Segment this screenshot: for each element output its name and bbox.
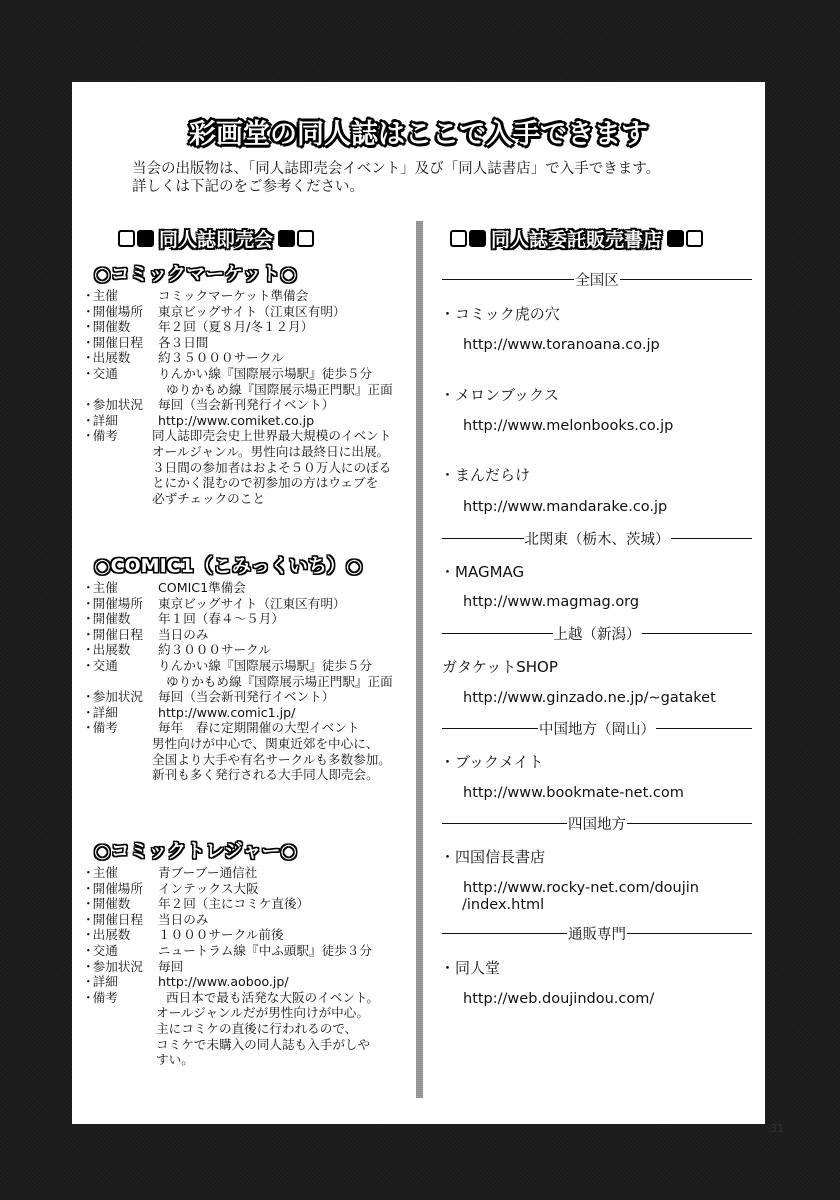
- event-row: 主催COMIC1準備会: [86, 580, 416, 596]
- event-value: 年１回（春４～５月）: [158, 611, 416, 627]
- event-label: 交通: [86, 943, 158, 959]
- event-label: 詳細: [86, 705, 158, 721]
- event-value: 当日のみ: [158, 627, 416, 643]
- rule-line: [442, 728, 538, 729]
- event-title: ○COMIC1（こみっくいち）○: [94, 552, 416, 580]
- store-url[interactable]: http://www.melonbooks.co.jp: [442, 418, 752, 435]
- box-filled-icon: [278, 230, 295, 247]
- region-header: 四国地方: [442, 812, 752, 834]
- event-value: りんかい線『国際展示場駅』徒歩５分: [158, 658, 416, 674]
- event-value: 毎年 春に定期開催の大型イベント: [158, 720, 416, 736]
- event-row: 備考同人誌即売会史上世界最大規模のイベント: [86, 428, 416, 444]
- rule-line: [627, 823, 752, 824]
- event-value: 同人誌即売会史上世界最大規模のイベント: [152, 428, 416, 444]
- store-name: 四国信長書店: [442, 847, 752, 867]
- event-comic-treasure: ○コミックトレジャー○ 主催青ブーブー通信社 開催場所インテックス大阪 開催数年…: [86, 837, 416, 1068]
- event-label: 開催日程: [86, 912, 158, 928]
- store-url[interactable]: http://web.doujindou.com/: [442, 991, 752, 1008]
- region-name: 上越（新潟）: [553, 623, 642, 644]
- event-value: 年２回（主にコミケ直後）: [158, 896, 416, 912]
- intro-line: 当会の出版物は、「同人誌即売会イベント」及び「同人誌書店」で入手できます。: [132, 160, 660, 178]
- event-label: 開催数: [86, 611, 158, 627]
- event-row: 開催日程各３日間: [86, 335, 416, 351]
- event-value: 約３０００サークル: [158, 642, 416, 658]
- store-url[interactable]: http://www.ginzado.ne.jp/~gataket: [442, 690, 752, 707]
- event-row: 詳細http://www.aoboo.jp/: [86, 974, 416, 990]
- event-note: コミケで未購入の同人誌も入手がしや: [86, 1037, 416, 1053]
- event-value: １０００サークル前後: [158, 927, 416, 943]
- event-row: 参加状況毎回: [86, 959, 416, 975]
- event-value: 東京ビッグサイト（江東区有明）: [158, 596, 416, 612]
- region-header: 上越（新潟）: [442, 622, 752, 644]
- stores-heading-text: 同人誌委託販売書店: [491, 225, 662, 252]
- event-label: 出展数: [86, 927, 158, 943]
- store-url[interactable]: http://www.magmag.org: [442, 594, 752, 611]
- store-name: ガタケットSHOP: [442, 657, 752, 677]
- event-row: 交通ニュートラム線『中ふ頭駅』徒歩３分: [86, 943, 416, 959]
- box-filled-icon: [137, 230, 154, 247]
- rule-line: [442, 633, 553, 634]
- box-filled-icon: [667, 230, 684, 247]
- event-label: 詳細: [86, 413, 158, 429]
- event-row: ゆりかもめ線『国際展示場正門駅』正面: [86, 382, 416, 398]
- event-label: 参加状況: [86, 689, 158, 705]
- store-name: 同人堂: [442, 958, 752, 978]
- region-header: 全国区: [442, 268, 752, 290]
- event-note: とにかく混むので初参加の方はウェブを: [86, 475, 416, 491]
- event-url: http://www.comic1.jp/: [158, 705, 416, 721]
- region-header: 通販専門: [442, 922, 752, 944]
- event-row: 出展数約３０００サークル: [86, 642, 416, 658]
- event-value: ゆりかもめ線『国際展示場正門駅』正面: [158, 674, 416, 690]
- rule-line: [442, 823, 567, 824]
- region-name: 全国区: [574, 269, 620, 290]
- store-name: ブックメイト: [442, 752, 752, 772]
- store-name: コミック虎の穴: [442, 304, 752, 324]
- rule-line: [656, 728, 752, 729]
- event-value: 当日のみ: [158, 912, 416, 928]
- event-label: 出展数: [86, 350, 158, 366]
- event-row: 開催場所インテックス大阪: [86, 881, 416, 897]
- rule-line: [642, 633, 753, 634]
- event-row: 開催場所東京ビッグサイト（江東区有明）: [86, 304, 416, 320]
- event-value: 毎回（当会新刊発行イベント）: [158, 397, 416, 413]
- event-label: 主催: [86, 865, 158, 881]
- event-row: 主催コミックマーケット準備会: [86, 288, 416, 304]
- event-title: ○コミックトレジャー○: [94, 837, 416, 865]
- event-row: 出展数約３５０００サークル: [86, 350, 416, 366]
- event-label: 交通: [86, 658, 158, 674]
- event-value: コミックマーケット準備会: [158, 288, 416, 304]
- event-label: 出展数: [86, 642, 158, 658]
- page-title: 彩画堂の同人誌はここで入手できます: [72, 112, 765, 151]
- page-number: 31: [770, 1122, 784, 1135]
- event-note: すい。: [86, 1052, 416, 1068]
- event-value: 毎回: [158, 959, 416, 975]
- event-row: 開催日程当日のみ: [86, 912, 416, 928]
- event-value: 年２回（夏８月/冬１２月）: [158, 319, 416, 335]
- box-outline-icon: [297, 230, 314, 247]
- rule-line: [442, 538, 524, 539]
- event-value: 青ブーブー通信社: [158, 865, 416, 881]
- event-row: 開催日程当日のみ: [86, 627, 416, 643]
- store-url[interactable]: http://www.bookmate-net.com: [442, 785, 752, 802]
- event-row: 交通りんかい線『国際展示場駅』徒歩５分: [86, 366, 416, 382]
- event-row: 開催数年１回（春４～５月）: [86, 611, 416, 627]
- event-label: 開催場所: [86, 304, 158, 320]
- event-value: ニュートラム線『中ふ頭駅』徒歩３分: [158, 943, 416, 959]
- event-label: 主催: [86, 288, 158, 304]
- box-outline-icon: [686, 230, 703, 247]
- event-row: 備考西日本で最も活発な大阪のイベント。: [86, 990, 416, 1006]
- event-value: 東京ビッグサイト（江東区有明）: [158, 304, 416, 320]
- store-url[interactable]: http://www.toranoana.co.jp: [442, 337, 752, 354]
- region-name: 四国地方: [567, 813, 627, 834]
- event-label: 開催場所: [86, 881, 158, 897]
- store-name: メロンブックス: [442, 385, 752, 405]
- store-url[interactable]: http://www.rocky-net.com/doujin/index.ht…: [442, 880, 752, 914]
- event-value: 約３５０００サークル: [158, 350, 416, 366]
- event-value: ゆりかもめ線『国際展示場正門駅』正面: [158, 382, 416, 398]
- event-note: 主にコミケの直後に行われるので、: [86, 1021, 416, 1037]
- event-label: 開催日程: [86, 335, 158, 351]
- event-label: 開催場所: [86, 596, 158, 612]
- event-note: 全国より大手や有名サークルも多数参加。: [86, 752, 416, 768]
- store-url[interactable]: http://www.mandarake.co.jp: [442, 499, 752, 516]
- event-row: 詳細http://www.comiket.co.jp: [86, 413, 416, 429]
- event-title: ○コミックマーケット○: [94, 260, 416, 288]
- rule-line: [442, 933, 567, 934]
- event-note: 必ずチェックのこと: [86, 491, 416, 507]
- event-note: 新刊も多く発行される大手同人即売会。: [86, 767, 416, 783]
- event-label: 参加状況: [86, 397, 158, 413]
- stores-heading: 同人誌委託販売書店: [450, 225, 703, 252]
- event-value: COMIC1準備会: [158, 580, 416, 596]
- event-label: 参加状況: [86, 959, 158, 975]
- document-page: 彩画堂の同人誌はここで入手できます 当会の出版物は、「同人誌即売会イベント」及び…: [72, 82, 765, 1124]
- intro-line: 詳しくは下記のをご参考ください。: [132, 178, 660, 196]
- event-row: 参加状況毎回（当会新刊発行イベント）: [86, 397, 416, 413]
- rule-line: [671, 538, 753, 539]
- event-note: オールジャンル。男性向は最終日に出展。: [86, 444, 416, 460]
- event-row: 開催数年２回（主にコミケ直後）: [86, 896, 416, 912]
- event-label: 備考: [86, 720, 158, 736]
- box-outline-icon: [450, 230, 467, 247]
- event-row: 開催数年２回（夏８月/冬１２月）: [86, 319, 416, 335]
- event-label: 備考: [86, 428, 158, 444]
- event-comiket: ○コミックマーケット○ 主催コミックマーケット準備会 開催場所東京ビッグサイト（…: [86, 260, 416, 506]
- event-value: 西日本で最も活発な大阪のイベント。: [158, 990, 416, 1006]
- event-note: ３日間の参加者はおよそ５０万人にのぼる: [86, 460, 416, 476]
- event-label: 開催数: [86, 896, 158, 912]
- rule-line: [627, 933, 752, 934]
- event-url: http://www.aoboo.jp/: [158, 974, 416, 990]
- box-outline-icon: [118, 230, 135, 247]
- region-name: 通販専門: [567, 923, 627, 944]
- event-note: オールジャンルだが男性向けが中心。: [86, 1005, 416, 1021]
- store-name: MAGMAG: [442, 562, 752, 582]
- box-filled-icon: [469, 230, 486, 247]
- event-value: りんかい線『国際展示場駅』徒歩５分: [158, 366, 416, 382]
- rule-line: [442, 279, 574, 280]
- event-url: http://www.comiket.co.jp: [158, 413, 416, 429]
- column-divider: [416, 221, 423, 1098]
- event-row: 備考毎年 春に定期開催の大型イベント: [86, 720, 416, 736]
- event-value: 毎回（当会新刊発行イベント）: [158, 689, 416, 705]
- store-name: まんだらけ: [442, 465, 752, 485]
- event-comic1: ○COMIC1（こみっくいち）○ 主催COMIC1準備会 開催場所東京ビッグサイ…: [86, 552, 416, 783]
- event-label: 詳細: [86, 974, 158, 990]
- event-label: 交通: [86, 366, 158, 382]
- event-row: 開催場所東京ビッグサイト（江東区有明）: [86, 596, 416, 612]
- region-header: 中国地方（岡山）: [442, 717, 752, 739]
- event-row: 参加状況毎回（当会新刊発行イベント）: [86, 689, 416, 705]
- region-header: 北関東（栃木、茨城）: [442, 527, 752, 549]
- event-row: 詳細http://www.comic1.jp/: [86, 705, 416, 721]
- event-value: インテックス大阪: [158, 881, 416, 897]
- rule-line: [620, 279, 752, 280]
- events-heading-text: 同人誌即売会: [159, 225, 273, 252]
- event-row: 交通りんかい線『国際展示場駅』徒歩５分: [86, 658, 416, 674]
- region-name: 北関東（栃木、茨城）: [524, 528, 671, 549]
- event-label: 主催: [86, 580, 158, 596]
- event-row: 出展数１０００サークル前後: [86, 927, 416, 943]
- event-row: 主催青ブーブー通信社: [86, 865, 416, 881]
- event-label: 備考: [86, 990, 158, 1006]
- region-name: 中国地方（岡山）: [538, 718, 656, 739]
- event-value: 各３日間: [158, 335, 416, 351]
- events-heading: 同人誌即売会: [118, 225, 314, 252]
- event-label: 開催日程: [86, 627, 158, 643]
- event-note: 男性向けが中心で、関東近郊を中心に、: [86, 736, 416, 752]
- store-list: 全国区 コミック虎の穴 http://www.toranoana.co.jp メ…: [442, 268, 752, 1008]
- event-label: 開催数: [86, 319, 158, 335]
- event-row: ゆりかもめ線『国際展示場正門駅』正面: [86, 674, 416, 690]
- intro-text: 当会の出版物は、「同人誌即売会イベント」及び「同人誌書店」で入手できます。 詳し…: [132, 160, 660, 196]
